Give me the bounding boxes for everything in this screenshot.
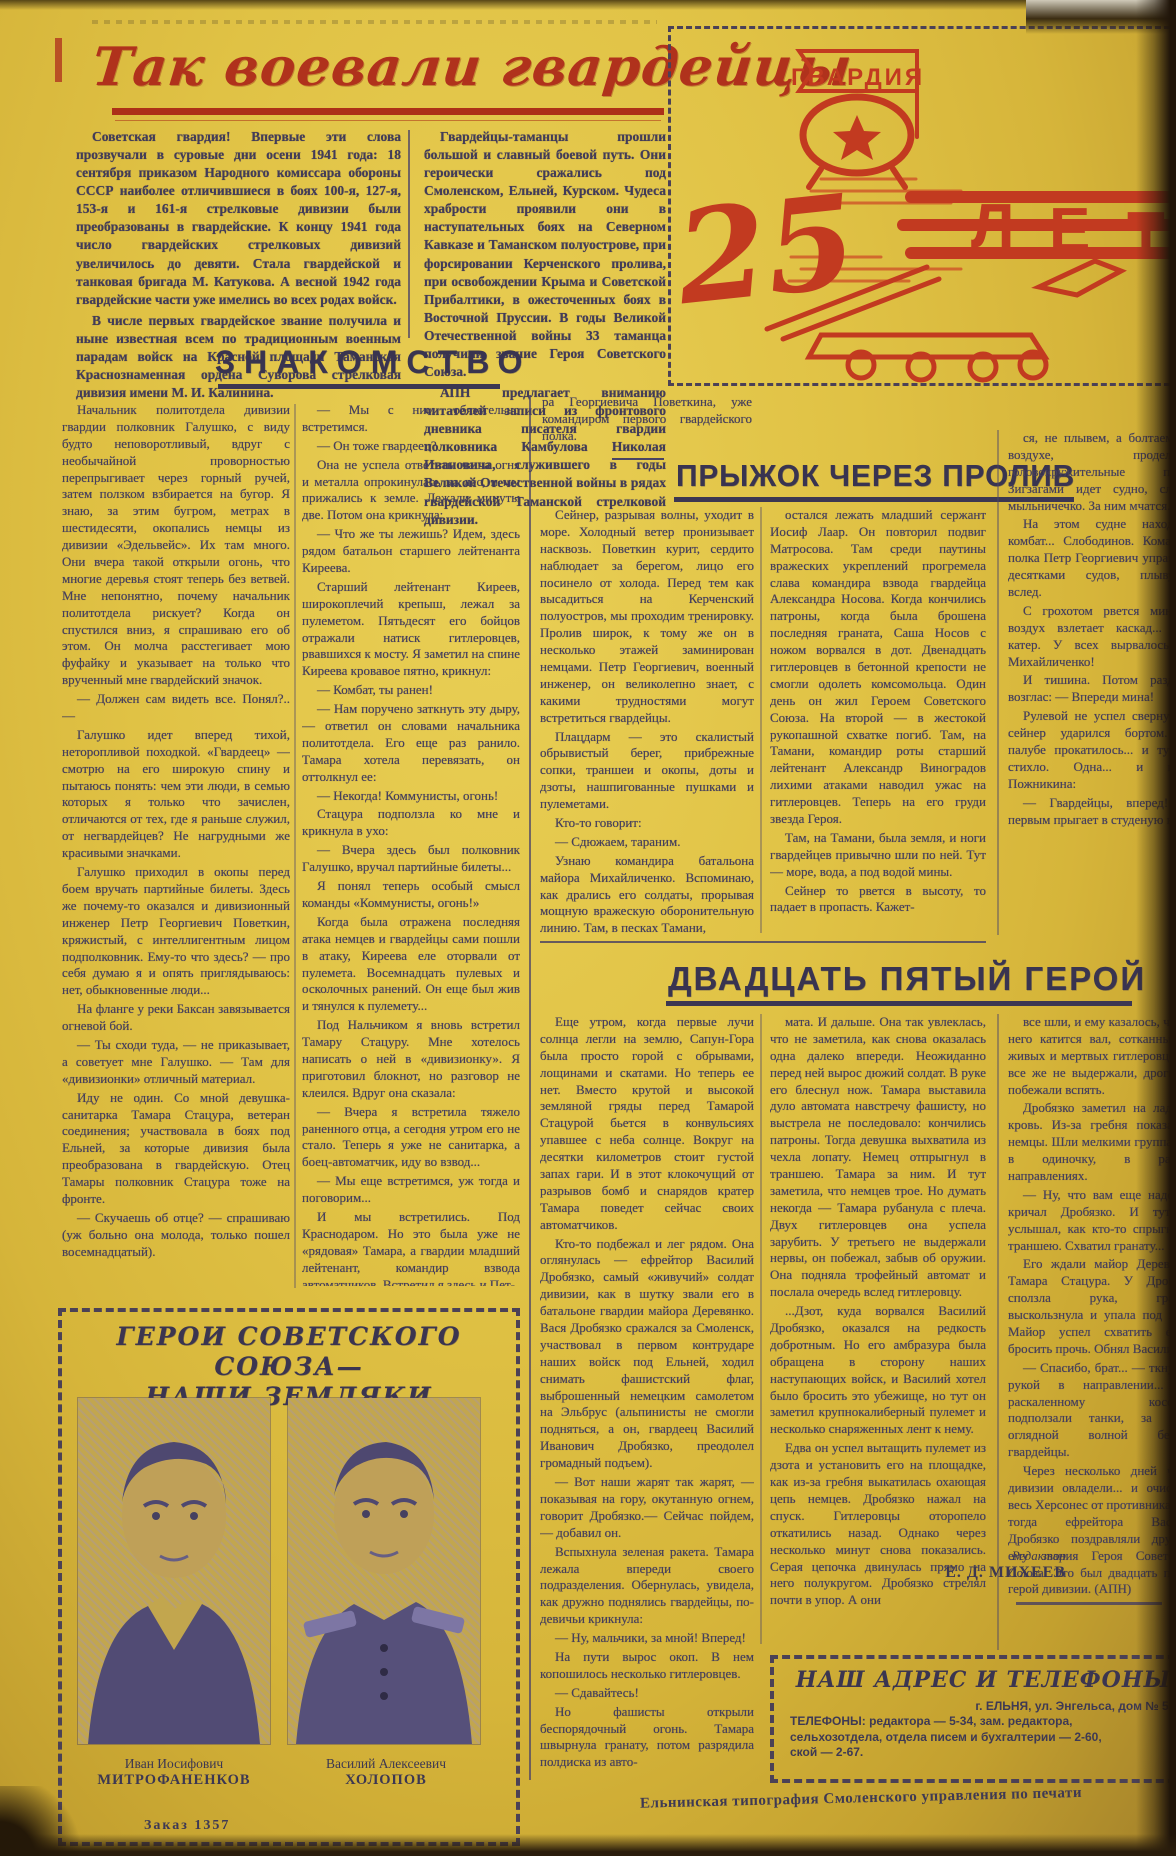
address-phones-box: НАШ АДРЕС И ТЕЛЕФОНЫ: г. ЕЛЬНЯ, ул. Энге… (770, 1655, 1176, 1783)
paragraph: — Комбат, ты ранен! (302, 682, 520, 699)
paragraph: Начальник политотдела дивизии гвардии по… (62, 402, 290, 689)
pryzhok-column-b: остался лежать младший сержант Иосиф Лаа… (770, 507, 986, 935)
paragraph: ра Георгиевича Поветкина, уже командиром… (542, 394, 752, 445)
paragraph: Узнаю командира батальона майора Михайли… (540, 853, 754, 935)
znakomstvo-underline (218, 384, 500, 389)
paragraph: Под Нальчиком я вновь встретил Тамару Ст… (302, 1017, 520, 1101)
editor-name: Е. Д. МИХЕЕВ (820, 1564, 1066, 1582)
badge-number-25: 25 (671, 166, 863, 334)
paragraph: На фланге у реки Баксан завязывается огн… (62, 1001, 290, 1035)
pryzhok-column-c-clipped: ся, не плывем, а болтаемся в воздухе, пр… (1008, 430, 1176, 930)
paragraph: Его ждали майор Деревянко, Тамара Стацур… (1008, 1256, 1176, 1357)
paragraph: Иду не один. Со мной девушка-санитарка Т… (62, 1090, 290, 1208)
article-end-dash (612, 458, 664, 460)
paragraph: — Скучаешь об отце? — спрашиваю (уж боль… (62, 1210, 290, 1261)
paragraph: — Некогда! Коммунисты, огонь! (302, 788, 520, 805)
section-divider-rule (540, 941, 986, 943)
znakomstvo-column-1: Начальник политотдела дивизии гвардии по… (62, 402, 290, 1286)
caption-name: Василий Алексеевич (286, 1756, 486, 1772)
guards-flag-text: ГВАРДИЯ (791, 64, 925, 91)
paragraph: — Сдюжаем, тараним. (540, 834, 754, 851)
paragraph: Плацдарм — это скалистый обрывистый бере… (540, 729, 754, 813)
paragraph: ...Дзот, куда ворвался Василий Дробязко,… (770, 1303, 986, 1438)
paragraph: Галушко приходил в окопы перед боем вруч… (62, 864, 290, 999)
heroes-of-soviet-union-box: ГЕРОИ СОВЕТСКОГО СОЮЗА— НАШИ ЗЕМЛЯКИ (58, 1308, 520, 1846)
znakomstvo-column-3: ра Георгиевича Поветкина, уже командиром… (542, 394, 752, 446)
paragraph: ской — 2-67. (790, 1745, 1176, 1760)
column-rule (997, 430, 999, 935)
guards-25-years-illustration: ГВАРДИЯ 25 Л Е Т (671, 29, 1176, 383)
heroes-title-line1: ГЕРОИ СОВЕТСКОГО СОЮЗА— (62, 1322, 516, 1382)
paragraph: Стацура подползла ко мне и крикнула в ух… (302, 806, 520, 840)
paragraph: Кто-то говорит: (540, 815, 754, 832)
masthead-title: Так воевали гвардейцы (88, 36, 676, 108)
caption-name: Иван Иосифович (74, 1756, 274, 1772)
article-title-geroy25: ДВАДЦАТЬ ПЯТЫЙ ГЕРОЙ (668, 960, 1128, 998)
paragraph: Она не успела ответить: чаша огня и мета… (302, 457, 520, 525)
caption-surname: ХОЛОПОВ (286, 1772, 486, 1789)
paragraph: Вспыхнула зеленая ракета. Тамара лежала … (540, 1544, 754, 1628)
paragraph: На этом судне находится комбат... Слобод… (1008, 516, 1176, 600)
paragraph: остался лежать младший сержант Иосиф Лаа… (770, 507, 986, 828)
photo-caption-mitrofanenkov: Иван Иосифович МИТРОФАНЕНКОВ (74, 1756, 274, 1789)
paragraph: все шли, и ему казалось, что на него кат… (1008, 1014, 1176, 1098)
editor-label: Редактор (820, 1548, 1066, 1564)
paragraph: Советская гвардия! Впервые эти слова про… (76, 128, 401, 309)
column-rule (760, 507, 762, 933)
paragraph: — Спасибо, брат... — ткнул он рукой в на… (1008, 1360, 1176, 1461)
paragraph: мата. И дальше. Она так увлеклась, что н… (770, 1014, 986, 1301)
paragraph: Кто-то подбежал и лег рядом. Она оглянул… (540, 1236, 754, 1472)
address-box-lines: г. ЕЛЬНЯ, ул. Энгельса, дом № 5.ТЕЛЕФОНЫ… (790, 1699, 1176, 1760)
article-title-znakomstvo: ЗНАКОМСТВО (215, 344, 505, 381)
paragraph: Галушко идет вперед тихой, неторопливой … (62, 727, 290, 862)
pryzhok-column-a: Сейнер, разрывая волны, уходит в море. Х… (540, 507, 754, 935)
badge-letter-t: Т (1127, 200, 1165, 269)
paragraph: — Мы с ним обязательно встретимся. (302, 402, 520, 436)
geroy25-underline (666, 1001, 1132, 1006)
paragraph: — Гвардейцы, вперед! Он первым прыгает в… (1008, 795, 1176, 829)
scan-edge-top (0, 0, 1176, 10)
znakomstvo-column-2: — Мы с ним обязательно встретимся.— Он т… (302, 402, 520, 1286)
paragraph: И тишина. Потом раздался возглас: — Впер… (1008, 672, 1176, 706)
article-title-pryzhok: ПРЫЖОК ЧЕРЕЗ ПРОЛИВ (676, 458, 1048, 494)
paragraph: Я понял теперь особый смысл команды «Ком… (302, 878, 520, 912)
paragraph: — Вот наши жарят так жарят, — показывая … (540, 1474, 754, 1542)
paragraph: На пути вырос окоп. В нем копошилось нес… (540, 1649, 754, 1683)
paragraph: ТЕЛЕФОНЫ: редактора — 5-34, зам. редакто… (790, 1714, 1176, 1729)
paragraph: Сейнер то рвется в высоту, то падает в п… (770, 883, 986, 917)
intro-column-divider (408, 130, 410, 338)
newspaper-page: Так воевали гвардейцы Советская гвардия!… (0, 0, 1176, 1856)
top-ornament-rule (92, 20, 657, 24)
paragraph: Еще утром, когда первые лучи солнца легл… (540, 1014, 754, 1234)
paragraph: И мы встретились. Под Краснодаром. Но эт… (302, 1209, 520, 1286)
paragraph: Рулевой не успел свернуть, и сейнер удар… (1008, 708, 1176, 792)
paragraph: — Вчера здесь был полковник Галушко, вру… (302, 842, 520, 876)
red-edge-mark (55, 38, 62, 82)
main-column-rule (529, 395, 531, 1780)
paragraph: — Вчера я встретила тяжело раненного отц… (302, 1104, 520, 1172)
paragraph: Когда была отражена последняя атака немц… (302, 914, 520, 1015)
badge-letter-l: Л (971, 192, 1015, 261)
paragraph: Едва он успел вытащить пулемет из дзота … (770, 1440, 986, 1609)
paragraph: — Ты сходи туда, — не приказывает, а сов… (62, 1037, 290, 1088)
address-box-title: НАШ АДРЕС И ТЕЛЕФОНЫ: (790, 1667, 1176, 1693)
portrait-photo-kholopov (288, 1398, 480, 1744)
geroy25-column-1: Еще утром, когда первые лучи солнца легл… (540, 1014, 754, 1776)
column-rule (760, 1014, 762, 1644)
paragraph: — Ну, мальчики, за мной! Вперед! (540, 1630, 754, 1647)
paragraph: Старший лейтенант Киреев, широкоплечий к… (302, 579, 520, 680)
paragraph: Дробязко заметил на ладонях кровь. Из-за… (1008, 1100, 1176, 1184)
paragraph: — Мы еще встретимся, уж тогда и поговори… (302, 1173, 520, 1207)
paragraph: Сейнер, разрывая волны, уходит в море. Х… (540, 507, 754, 727)
paragraph: — Ну, что вам еще надо! — кричал Дробязк… (1008, 1187, 1176, 1255)
photo-caption-kholopov: Василий Алексеевич ХОЛОПОВ (286, 1756, 486, 1789)
paragraph: — Должен сам видеть все. Понял?.. — (62, 691, 290, 725)
paragraph: — Нам поручено заткнуть эту дыру, — отве… (302, 701, 520, 785)
paragraph: — Сдавайтесь! (540, 1685, 754, 1702)
anniversary-illustration-box: ГВАРДИЯ 25 Л Е Т (668, 26, 1176, 386)
print-order-number: Заказ 1357 (144, 1818, 230, 1834)
paragraph: ся, не плывем, а болтаемся в воздухе, пр… (1008, 430, 1176, 514)
typography-imprint: Ельнинская типография Смоленского управл… (640, 1784, 1110, 1812)
editor-signature: Редактор Е. Д. МИХЕЕВ (820, 1548, 1066, 1582)
paragraph: сельхозотдела, отдела писем и бухгалтери… (790, 1730, 1176, 1745)
paragraph: Там, на Тамани, была земля, и ноги гвард… (770, 830, 986, 881)
caption-surname: МИТРОФАНЕНКОВ (74, 1772, 274, 1789)
portrait-photo-mitrofanenkov (78, 1398, 270, 1744)
paragraph: С грохотом рвется мина, в воздух взлетае… (1008, 603, 1176, 671)
editor-rule (1016, 1602, 1162, 1605)
masthead-underline (112, 108, 664, 115)
paragraph: г. ЕЛЬНЯ, ул. Энгельса, дом № 5. (790, 1699, 1176, 1714)
column-rule (294, 404, 296, 1288)
paragraph: — Что же ты лежишь? Идем, здесь рядом ба… (302, 526, 520, 577)
paragraph: Но фашисты открыли беспорядочный огонь. … (540, 1704, 754, 1772)
paragraph: — Он тоже гвардеец? (302, 438, 520, 455)
badge-letter-e: Е (1049, 196, 1090, 265)
